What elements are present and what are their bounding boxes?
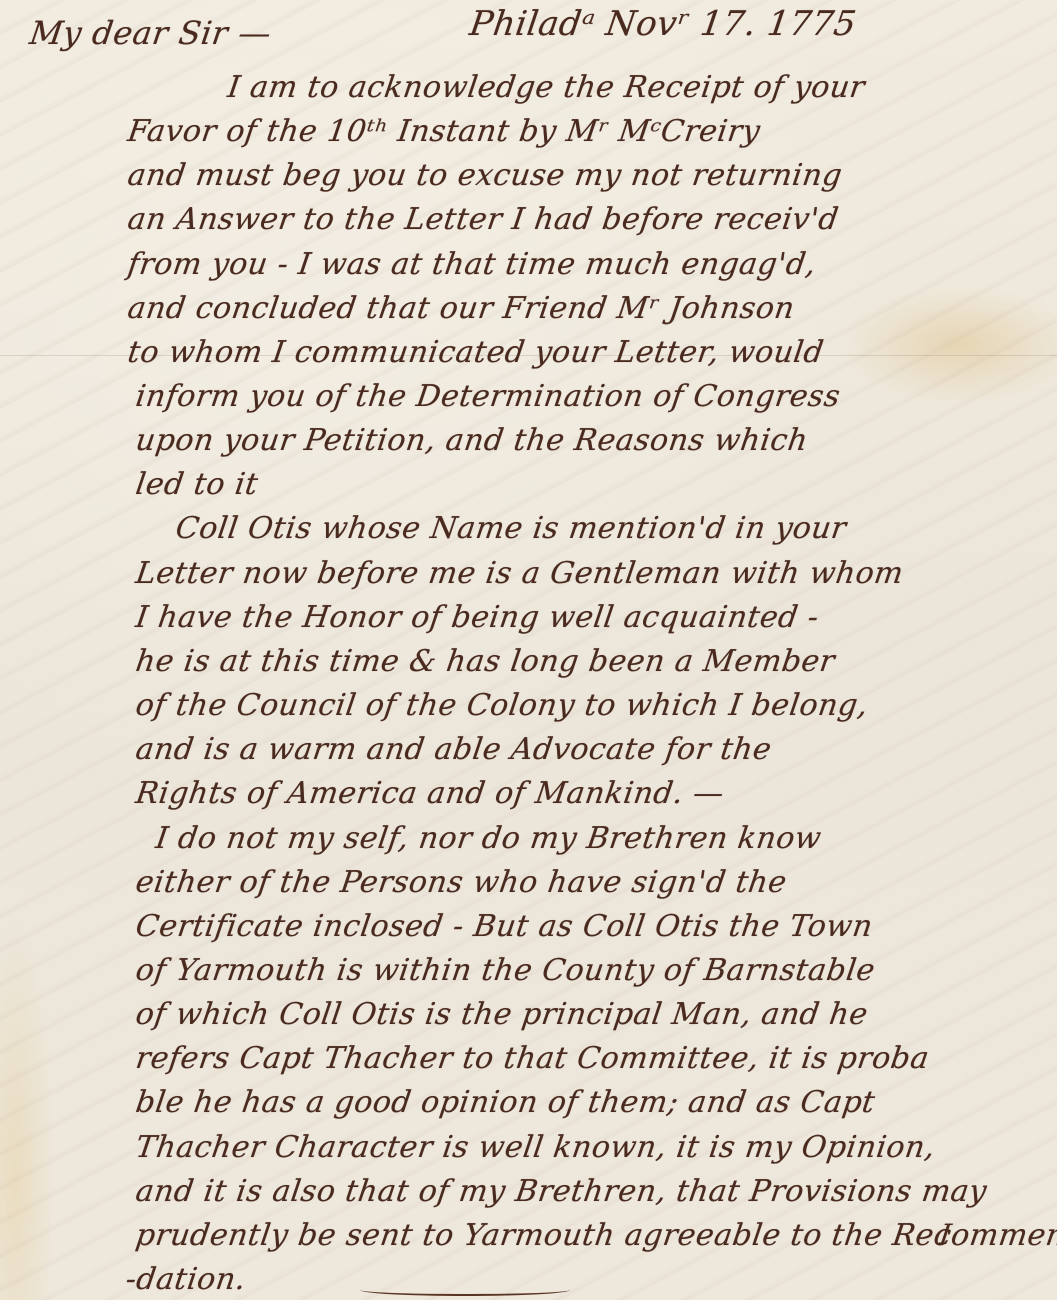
letter-line: I do not my self, nor do my Brethren kno…	[154, 821, 824, 856]
letter-line: led to it	[134, 467, 261, 502]
letter-line: of the Council of the Colony to which I …	[134, 688, 871, 723]
letter-line: upon your Petition, and the Reasons whic…	[134, 423, 811, 458]
letter-line: either of the Persons who have sign'd th…	[134, 865, 789, 900]
letter-line: refers Capt Thacher to that Committee, i…	[134, 1041, 932, 1076]
letter-line: Certificate inclosed - But as Coll Otis …	[134, 909, 875, 944]
letter-line: ble he has a good opinion of them; and a…	[134, 1085, 878, 1120]
letter-line: an Answer to the Letter I had before rec…	[126, 202, 841, 237]
letter-line: Rights of America and of Mankind. —	[134, 776, 727, 811]
letter-line: and is a warm and able Advocate for the	[134, 732, 774, 767]
letter-line: he is at this time & has long been a Mem…	[134, 644, 838, 679]
letter-line: and must beg you to excuse my not return…	[126, 158, 845, 193]
letter-line: and it is also that of my Brethren, that…	[134, 1174, 990, 1209]
letter-line: I have the Honor of being well acquainte…	[134, 600, 822, 635]
letter-line: I am to acknowledge the Receipt of your	[226, 70, 868, 105]
letter-line: to whom I communicated your Letter, woul…	[126, 335, 826, 370]
letter-line: and concluded that our Friend Mʳ Johnson	[126, 291, 797, 326]
letter-line: Coll Otis whose Name is mention'd in you…	[174, 511, 849, 546]
letter-line: Favor of the 10ᵗʰ Instant by Mʳ MᶜCreiry	[126, 114, 763, 149]
letter-line: -dation.	[124, 1262, 249, 1297]
letter-line: inform you of the Determination of Congr…	[134, 379, 843, 414]
dateline: Philadᵃ Novʳ 17. 1775	[467, 4, 859, 44]
letter-line: of which Coll Otis is the principal Man,…	[134, 997, 871, 1032]
letter-line: prudently be sent to Yarmouth agreeable …	[134, 1218, 1057, 1253]
letter-line: of Yarmouth is within the County of Barn…	[134, 953, 878, 988]
letter-page: My dear Sir — Philadᵃ Novʳ 17. 1775 I am…	[0, 0, 1057, 1300]
pen-flourish	[360, 1284, 570, 1296]
letter-line: from you - I was at that time much engag…	[126, 247, 819, 282]
letter-line: Thacher Character is well known, it is m…	[134, 1130, 938, 1165]
letter-line: Letter now before me is a Gentleman with…	[134, 556, 906, 591]
salutation: My dear Sir —	[27, 14, 273, 52]
